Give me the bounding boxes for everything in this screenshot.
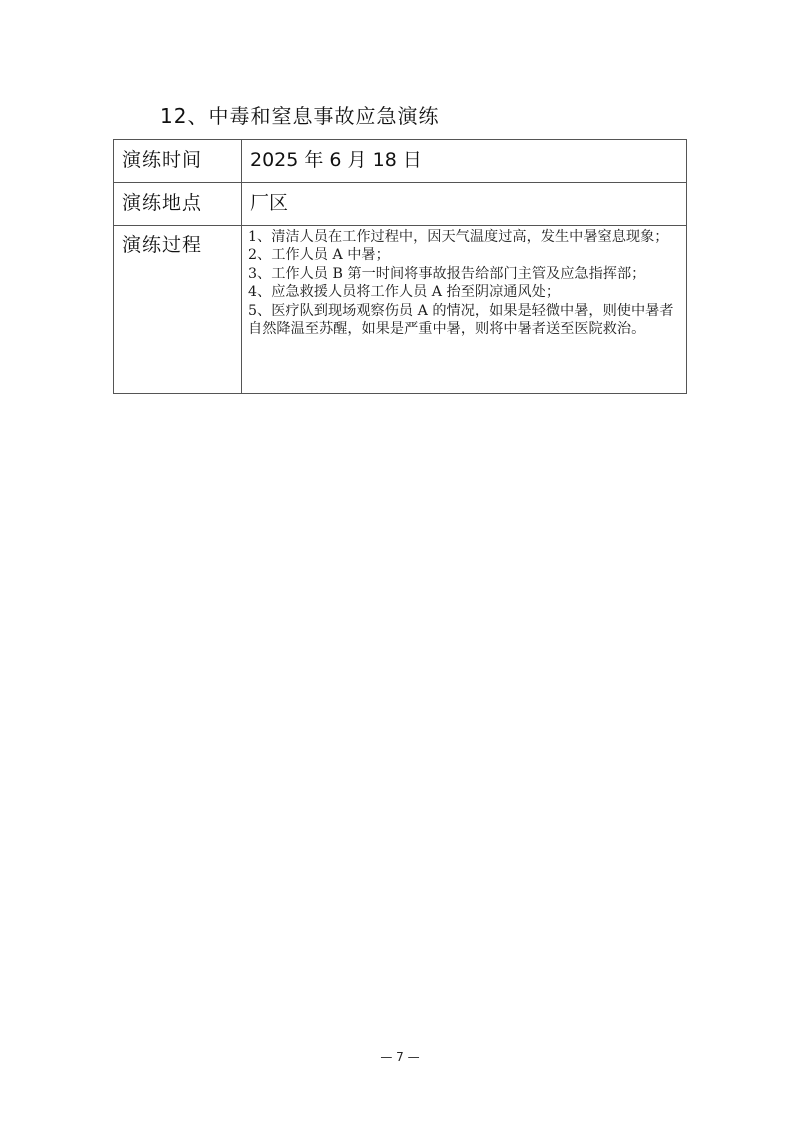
drill-location-value: 厂区 xyxy=(242,183,687,226)
drill-process-steps: 1、清洁人员在工作过程中，因天气温度过高，发生中暑窒息现象； 2、工作人员 A … xyxy=(242,226,687,394)
drill-process-label: 演练过程 xyxy=(114,226,242,394)
table-row-drill-process: 演练过程 1、清洁人员在工作过程中，因天气温度过高，发生中暑窒息现象； 2、工作… xyxy=(114,226,687,394)
table-row-drill-location: 演练地点 厂区 xyxy=(114,183,687,226)
drill-time-label: 演练时间 xyxy=(114,140,242,183)
drill-time-value: 2025 年 6 月 18 日 xyxy=(242,140,687,183)
section-title: 12、中毒和窒息事故应急演练 xyxy=(160,102,439,130)
process-step-1: 1、清洁人员在工作过程中，因天气温度过高，发生中暑窒息现象； xyxy=(248,228,680,246)
process-step-4: 4、应急救援人员将工作人员 A 抬至阴凉通风处； xyxy=(248,283,680,301)
process-step-3: 3、工作人员 B 第一时间将事故报告给部门主管及应急指挥部； xyxy=(248,265,680,283)
process-step-5: 5、医疗队到现场观察伤员 A 的情况，如果是轻微中暑，则使中暑者自然降温至苏醒，… xyxy=(248,302,680,339)
table-row-drill-time: 演练时间 2025 年 6 月 18 日 xyxy=(114,140,687,183)
process-step-2: 2、工作人员 A 中暑； xyxy=(248,246,680,264)
drill-info-table: 演练时间 2025 年 6 月 18 日 演练地点 厂区 演练过程 1、清洁人员… xyxy=(113,139,687,394)
page-number: — 7 — xyxy=(0,1050,800,1064)
drill-location-label: 演练地点 xyxy=(114,183,242,226)
